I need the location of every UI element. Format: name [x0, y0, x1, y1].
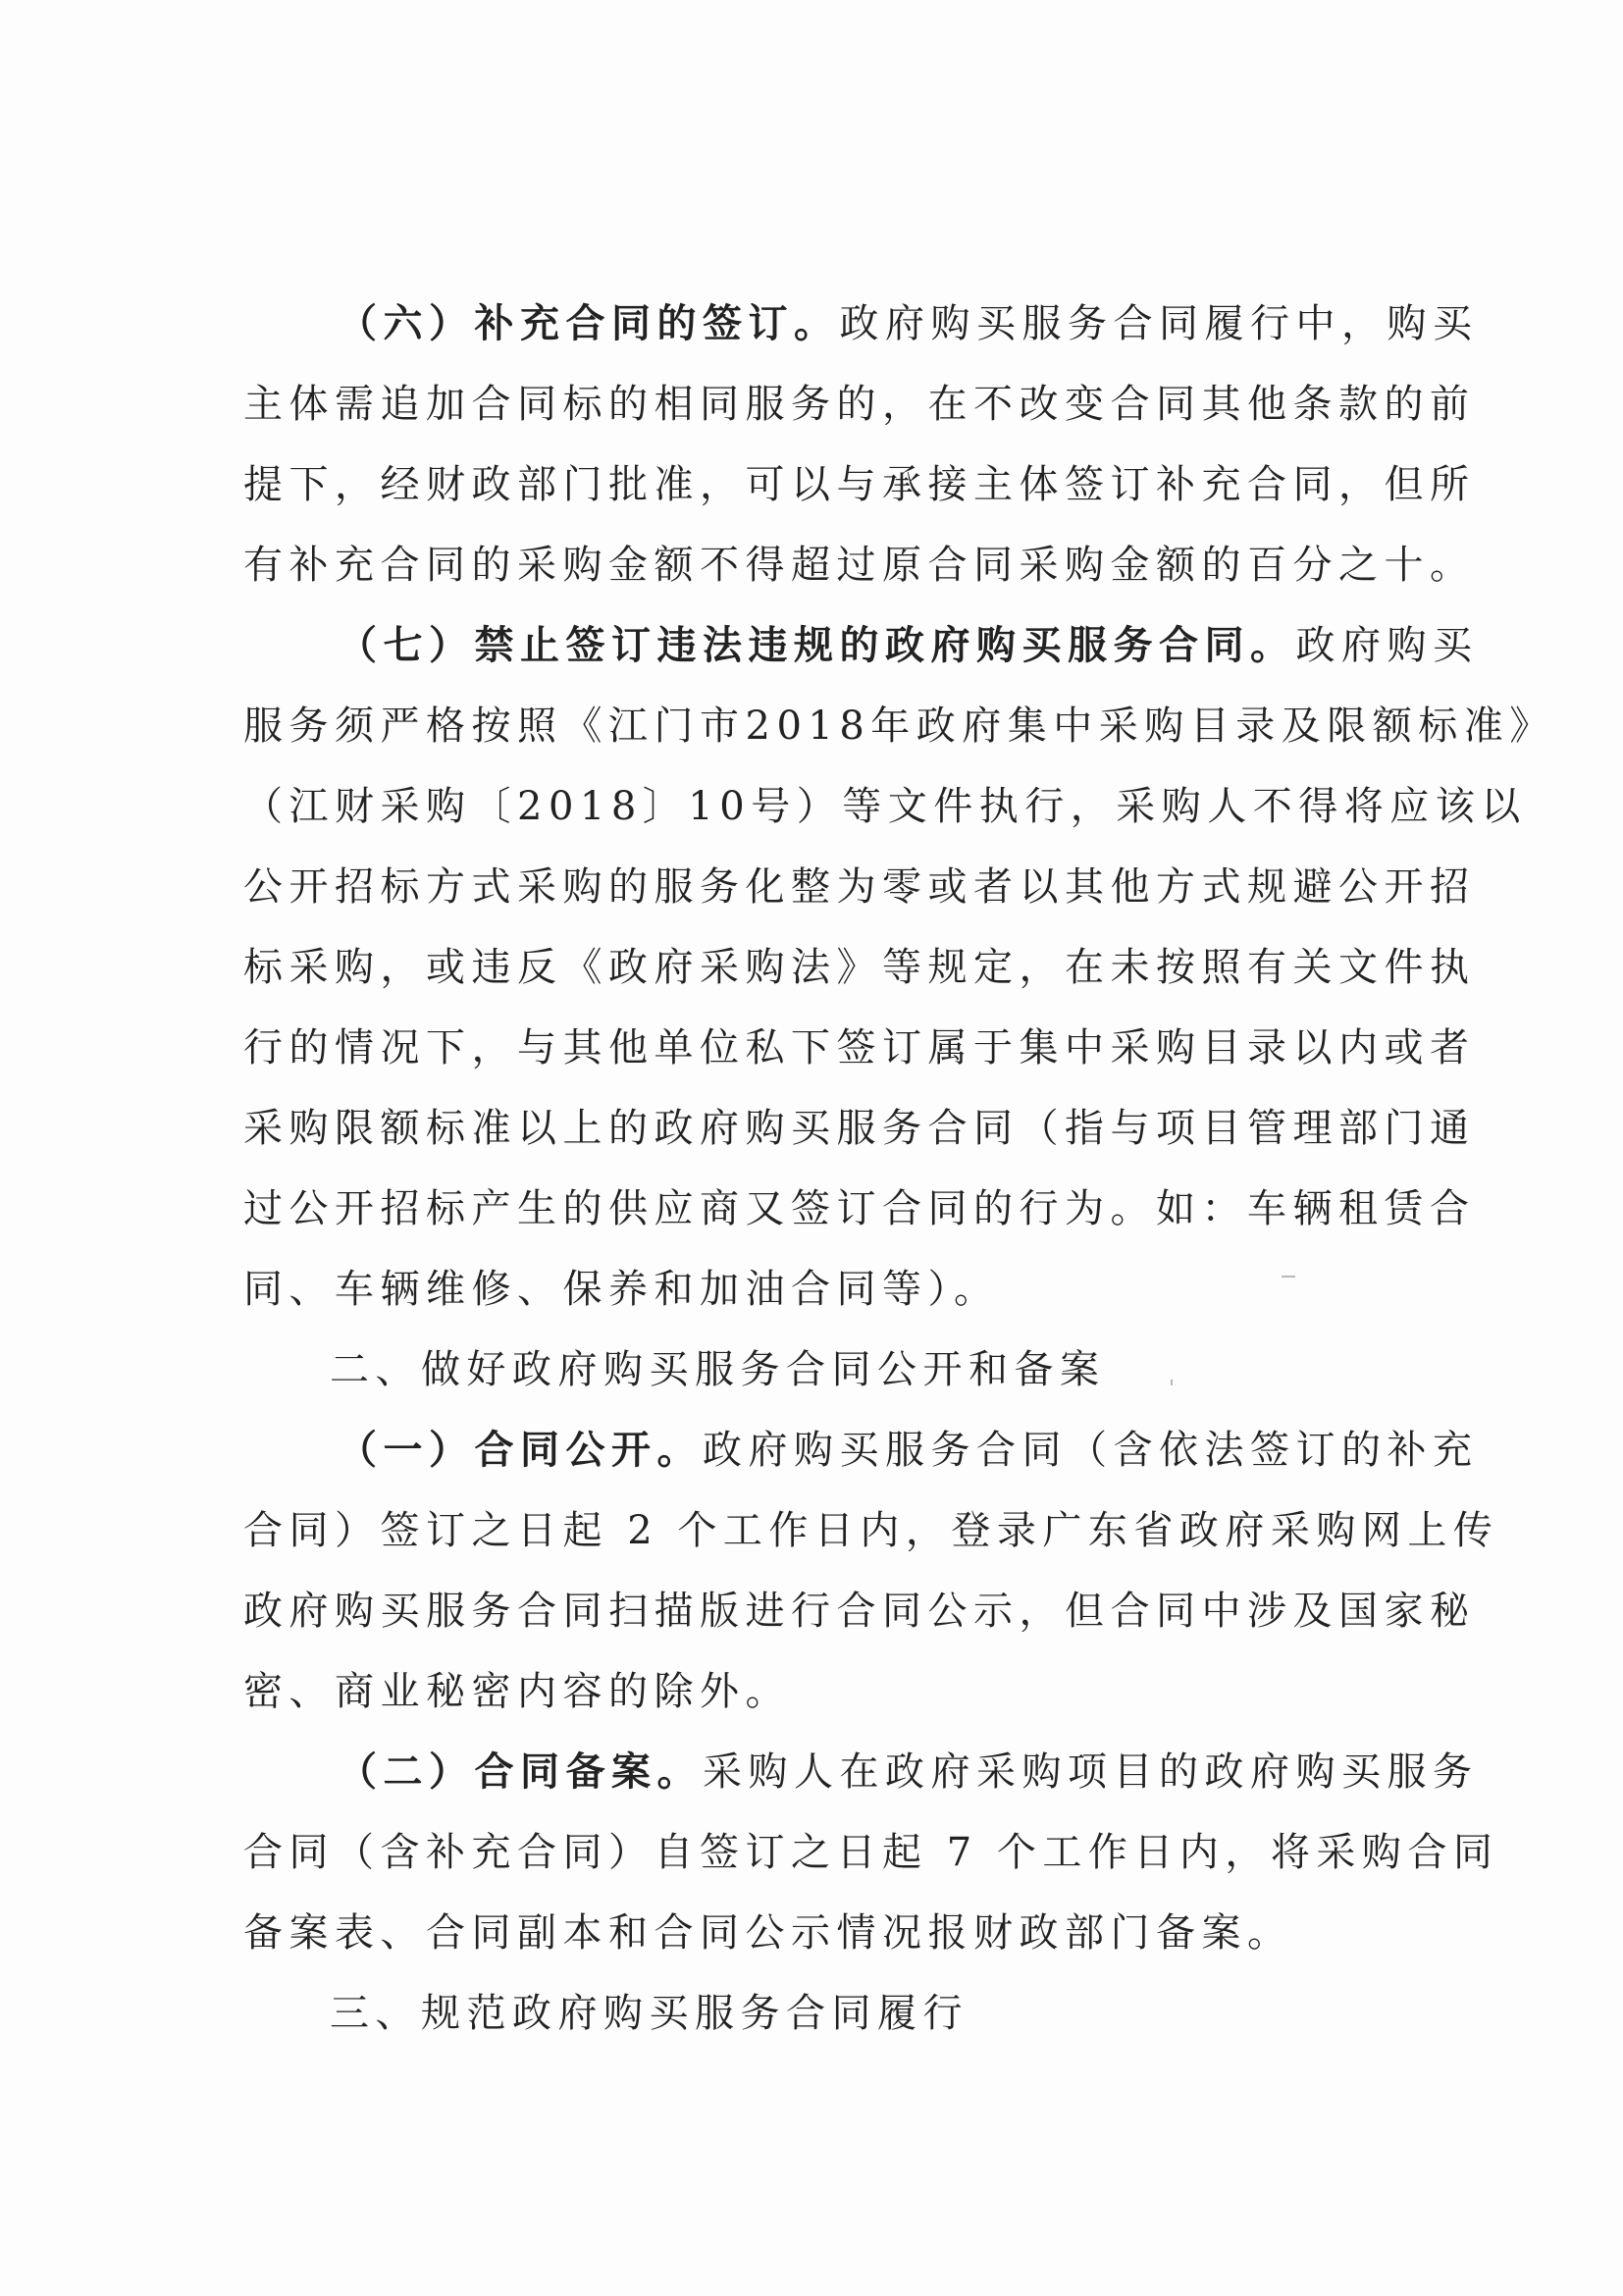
line-text: （江财采购〔2018〕10号）等文件执行，采购人不得将应该以	[243, 784, 1527, 829]
line-text: 同、车辆维修、保养和加油合同等）。	[243, 1267, 1000, 1312]
text-line: 合同（含补充合同）自签订之日起 7 个工作日内，将采购合同	[243, 1821, 1498, 1877]
line-text: 密、商业秘密内容的除外。	[243, 1669, 791, 1714]
section-heading: （七）禁止签订违法违规的政府购买服务合同。	[338, 622, 1296, 668]
line-text: 公开招标方式采购的服务化整为零或者以其他方式规避公开招	[243, 864, 1476, 910]
text-line: 提下，经财政部门批准，可以与承接主体签订补充合同，但所	[243, 453, 1476, 509]
scan-speck	[1171, 1380, 1173, 1385]
text-line: 标采购，或违反《政府采购法》等规定，在未按照有关文件执	[243, 936, 1476, 992]
line-text: 提下，经财政部门批准，可以与承接主体签订补充合同，但所	[243, 462, 1476, 507]
line-text: 政府购买	[1296, 623, 1479, 668]
line-text: 备案表、合同副本和合同公示情况报财政部门备案。	[243, 1910, 1293, 1956]
line-text: 采购人在政府采购项目的政府购买服务	[703, 1749, 1479, 1795]
line-text: 合同（含补充合同）自签订之日起 7 个工作日内，将采购合同	[243, 1830, 1498, 1875]
section-heading: （一）合同公开。	[338, 1427, 703, 1473]
text-line: 政府购买服务合同扫描版进行合同公示，但合同中涉及国家秘	[243, 1580, 1476, 1636]
line-text: 服务须严格按照《江门市2018年政府集中采购目录及限额标准》	[243, 704, 1555, 749]
line-text: 二、做好政府购买服务合同公开和备案	[330, 1347, 1106, 1392]
line-text: 行的情况下，与其他单位私下签订属于集中采购目录以内或者	[243, 1025, 1476, 1070]
line-text: 标采购，或违反《政府采购法》等规定，在未按照有关文件执	[243, 945, 1476, 990]
text-line: 二、做好政府购买服务合同公开和备案	[330, 1338, 1106, 1394]
line-text: 过公开招标产生的供应商又签订合同的行为。如：车辆租赁合	[243, 1186, 1476, 1231]
text-line: 同、车辆维修、保养和加油合同等）。	[243, 1258, 1000, 1314]
scan-speck	[1282, 1276, 1295, 1278]
text-line: 合同）签订之日起 2 个工作日内，登录广东省政府采购网上传	[243, 1499, 1498, 1555]
text-line: （江财采购〔2018〕10号）等文件执行，采购人不得将应该以	[243, 775, 1527, 831]
text-line: 备案表、合同副本和合同公示情况报财政部门备案。	[243, 1902, 1293, 1957]
text-line: 公开招标方式采购的服务化整为零或者以其他方式规避公开招	[243, 856, 1476, 912]
text-line: 有补充合同的采购金额不得超过原合同采购金额的百分之十。	[243, 534, 1476, 590]
text-line: 过公开招标产生的供应商又签订合同的行为。如：车辆租赁合	[243, 1177, 1476, 1233]
line-text: 政府购买服务合同（含依法签订的补充	[703, 1428, 1479, 1473]
text-line: 密、商业秘密内容的除外。	[243, 1660, 791, 1716]
line-text: 合同）签订之日起 2 个工作日内，登录广东省政府采购网上传	[243, 1508, 1498, 1553]
text-line: （二）合同备案。采购人在政府采购项目的政府购买服务	[338, 1741, 1479, 1797]
line-text: 采购限额标准以上的政府购买服务合同（指与项目管理部门通	[243, 1106, 1476, 1151]
line-text: 政府购买服务合同扫描版进行合同公示，但合同中涉及国家秘	[243, 1589, 1476, 1634]
text-line: 采购限额标准以上的政府购买服务合同（指与项目管理部门通	[243, 1097, 1476, 1153]
text-line: 主体需追加合同标的相同服务的，在不改变合同其他条款的前	[243, 373, 1476, 429]
text-line: （六）补充合同的签订。政府购买服务合同履行中，购买	[338, 292, 1479, 348]
line-text: 主体需追加合同标的相同服务的，在不改变合同其他条款的前	[243, 382, 1476, 427]
text-line: 三、规范政府购买服务合同履行	[330, 1982, 969, 2038]
text-line: （一）合同公开。政府购买服务合同（含依法签订的补充	[338, 1419, 1479, 1475]
text-line: 行的情况下，与其他单位私下签订属于集中采购目录以内或者	[243, 1017, 1476, 1072]
section-heading: （六）补充合同的签订。	[338, 300, 840, 346]
line-text: 三、规范政府购买服务合同履行	[330, 1991, 969, 2036]
line-text: 有补充合同的采购金额不得超过原合同采购金额的百分之十。	[243, 543, 1476, 588]
text-line: （七）禁止签订违法违规的政府购买服务合同。政府购买	[338, 614, 1479, 670]
line-text: 政府购买服务合同履行中，购买	[840, 301, 1479, 346]
section-heading: （二）合同备案。	[338, 1748, 703, 1795]
text-line: 服务须严格按照《江门市2018年政府集中采购目录及限额标准》	[243, 695, 1555, 751]
document-page: （六）补充合同的签订。政府购买服务合同履行中，购买主体需追加合同标的相同服务的，…	[0, 0, 1623, 2296]
